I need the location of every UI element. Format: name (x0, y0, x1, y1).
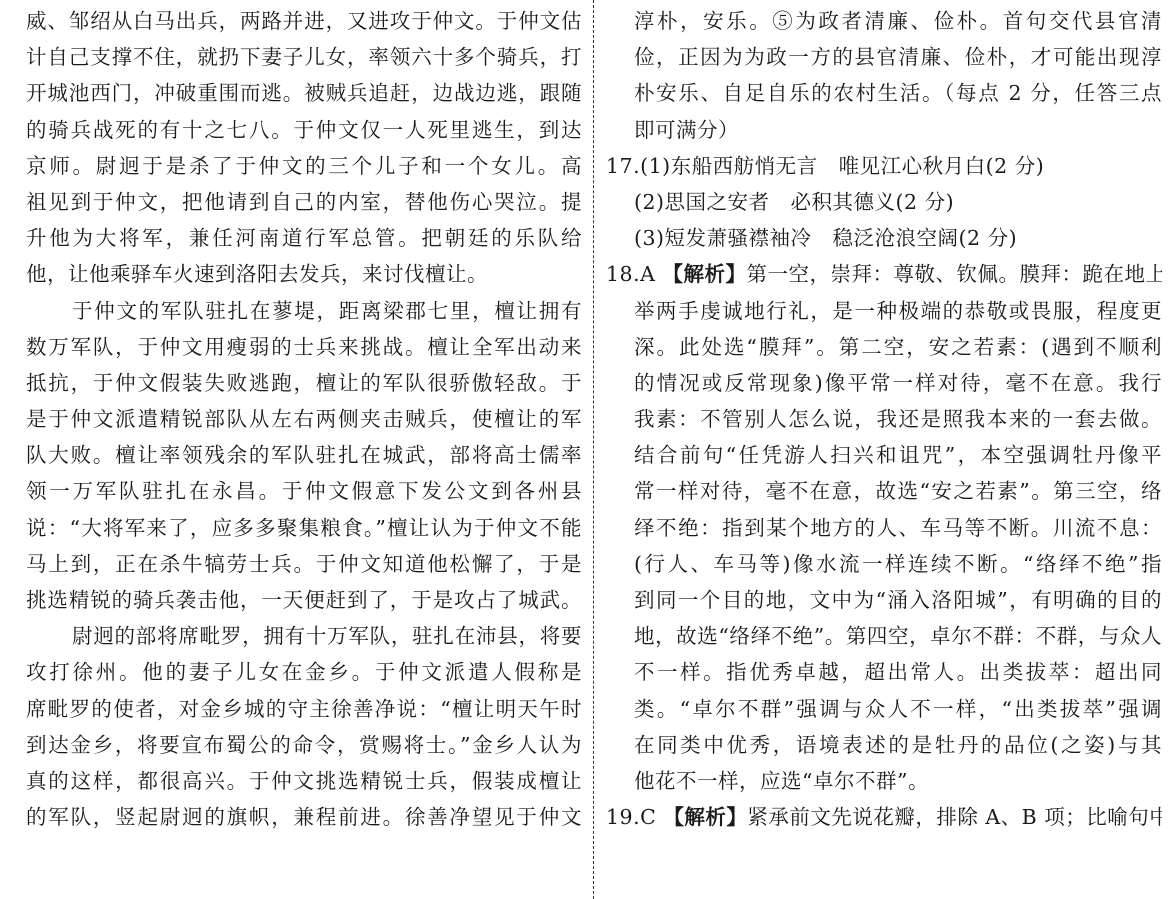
text-line: 结合前句“任凭游人扫兴和诅咒”，本空强调牡丹像平 (606, 437, 1162, 473)
text-line: 我素：不管别人怎么说，我还是照我本来的一套去做。 (606, 401, 1162, 437)
answer-letter: A (640, 262, 655, 286)
text-line: 常一样对待，毫不在意，故选“安之若素”。第三空，络 (606, 473, 1162, 509)
text-line: 席毗罗的使者，对金乡城的守主徐善净说：“檀让明天午时 (26, 691, 582, 727)
text-line: 淳朴，安乐。⑤为政者清廉、俭朴。首句交代县官清 (606, 3, 1162, 39)
text-line: 他花不一样，应选“卓尔不群”。 (606, 763, 1162, 799)
analysis-text: 紧承前文先说花瓣，排除 A、B 项；比喻句中 (747, 805, 1162, 829)
answer-letter: C (640, 805, 656, 829)
question-number: 19. (606, 805, 640, 829)
text-line: 即可满分） (606, 112, 1162, 148)
text-line: 攻打徐州。他的妻子儿女在金乡。于仲文派遣人假称是 (26, 654, 582, 690)
text-line: 威、邹绍从白马出兵，两路并进，又进攻于仲文。于仲文估 (26, 3, 582, 39)
paragraph-start-line: 于仲文的军队驻扎在蓼堤，距离梁郡七里，檀让拥有 (26, 293, 582, 329)
text-line: 地，故选“络绎不绝”。第四空，卓尔不群：不群，与众人 (606, 618, 1162, 654)
q16-continuation: 淳朴，安乐。⑤为政者清廉、俭朴。首句交代县官清 俭，正因为为政一方的县官清廉、俭… (606, 3, 1162, 148)
text-line: 类。“卓尔不群”强调与众人不一样，“出类拔萃”强调 (606, 691, 1162, 727)
text-line: 真的这样，都很高兴。于仲文挑选精锐士兵，假装成檀让 (26, 763, 582, 799)
text-line: (行人、车马等)像水流一样连续不断。“络绎不绝”指 (606, 546, 1162, 582)
q17-line-1: 17.(1)东船西舫悄无言 唯见江心秋月白(2 分) (606, 148, 1162, 184)
paragraph-start-line: 尉迥的部将席毗罗，拥有十万军队，驻扎在沛县，将要 (26, 618, 582, 654)
text-line: 深。此处选“膜拜”。第二空，安之若素：(遇到不顺利 (606, 329, 1162, 365)
text-line: 朴安乐、自足自乐的农村生活。（每点 2 分，任答三点 (606, 75, 1162, 111)
answer-item: (3)短发萧骚襟袖冷 稳泛沧浪空阔(2 分) (606, 220, 1162, 256)
text-line: 的军队，竖起尉迥的旗帜，兼程前进。徐善净望见于仲文 (26, 799, 582, 835)
text-line: 说：“大将军来了，应多多聚集粮食。”檀让认为于仲文不能 (26, 510, 582, 546)
question-number: 17. (606, 154, 640, 178)
text-line: 在同类中优秀，语境表述的是牡丹的品位(之姿)与其 (606, 727, 1162, 763)
text-line: 抵抗，于仲文假装失败逃跑，檀让的军队很骄傲轻敌。于 (26, 365, 582, 401)
text-line: 数万军队，于仲文用瘦弱的士兵来挑战。檀让全军出动来 (26, 329, 582, 365)
left-column-translation: 威、邹绍从白马出兵，两路并进，又进攻于仲文。于仲文估 计自己支撑不住，就扔下妻子… (26, 0, 582, 835)
text-line: 的骑兵战死的有十之七八。于仲文仅一人死里逃生，到达 (26, 112, 582, 148)
text-line: 开城池西门，冲破重围而逃。被贼兵追赶，边战边逃，跟随 (26, 75, 582, 111)
text-line: 领一万军队驻扎在永昌。于仲文假意下发公文到各州县 (26, 473, 582, 509)
right-column-answers: 淳朴，安乐。⑤为政者清廉、俭朴。首句交代县官清 俭，正因为为政一方的县官清廉、俭… (606, 0, 1162, 835)
text-line: 到同一个目的地，文中为“涌入洛阳城”，有明确的目的 (606, 582, 1162, 618)
question-17: 17.(1)东船西舫悄无言 唯见江心秋月白(2 分) (2)思国之安者 必积其德… (606, 148, 1162, 257)
text-line: 不一样。指优秀卓越，超出常人。出类拔萃：超出同 (606, 654, 1162, 690)
question-18: 18.A 【解析】第一空，崇拜：尊敬、钦佩。膜拜：跪在地上 举两手虔诚地行礼，是… (606, 256, 1162, 799)
text-line: 京师。尉迥于是杀了于仲文的三个儿子和一个女儿。高 (26, 148, 582, 184)
analysis-tag: 【解析】 (663, 805, 747, 829)
text-line: 举两手虔诚地行礼，是一种极端的恭敬或畏服，程度更 (606, 293, 1162, 329)
column-divider (593, 0, 594, 899)
text-line: 队大败。檀让率领残余的军队驻扎在城武，部将高士儒率 (26, 437, 582, 473)
text-line: 马上到，正在杀牛犒劳士兵。于仲文知道他松懈了，于是 (26, 546, 582, 582)
question-number: 18. (606, 262, 640, 286)
answer-item: (1)东船西舫悄无言 唯见江心秋月白(2 分) (640, 154, 1044, 178)
text-line: 他，让他乘驿车火速到洛阳去发兵，来讨伐檀让。 (26, 256, 582, 292)
analysis-text: 第一空，崇拜：尊敬、钦佩。膜拜：跪在地上 (746, 262, 1162, 286)
text-line: 祖见到于仲文，把他请到自己的内室，替他伤心哭泣。提 (26, 184, 582, 220)
text-line: 计自己支撑不住，就扔下妻子儿女，率领六十多个骑兵，打 (26, 39, 582, 75)
q18-first-line: 18.A 【解析】第一空，崇拜：尊敬、钦佩。膜拜：跪在地上 (606, 256, 1162, 292)
q19-first-line: 19.C 【解析】紧承前文先说花瓣，排除 A、B 项；比喻句中 (606, 799, 1162, 835)
text-line: 俭，正因为为政一方的县官清廉、俭朴，才可能出现淳 (606, 39, 1162, 75)
text-line: 到达金乡，将要宣布蜀公的命令，赏赐将士。”金乡人认为 (26, 727, 582, 763)
analysis-tag: 【解析】 (662, 262, 746, 286)
text-line: 的情况或反常现象)像平常一样对待，毫不在意。我行 (606, 365, 1162, 401)
text-line: 是于仲文派遣精锐部队从左右两侧夹击贼兵，使檀让的军 (26, 401, 582, 437)
text-line: 挑选精锐的骑兵袭击他，一天便赶到了，于是攻占了城武。 (26, 582, 582, 618)
answer-item: (2)思国之安者 必积其德义(2 分) (606, 184, 1162, 220)
text-line: 升他为大将军，兼任河南道行军总管。把朝廷的乐队给 (26, 220, 582, 256)
question-19: 19.C 【解析】紧承前文先说花瓣，排除 A、B 项；比喻句中 (606, 799, 1162, 835)
text-line: 绎不绝：指到某个地方的人、车马等不断。川流不息： (606, 510, 1162, 546)
